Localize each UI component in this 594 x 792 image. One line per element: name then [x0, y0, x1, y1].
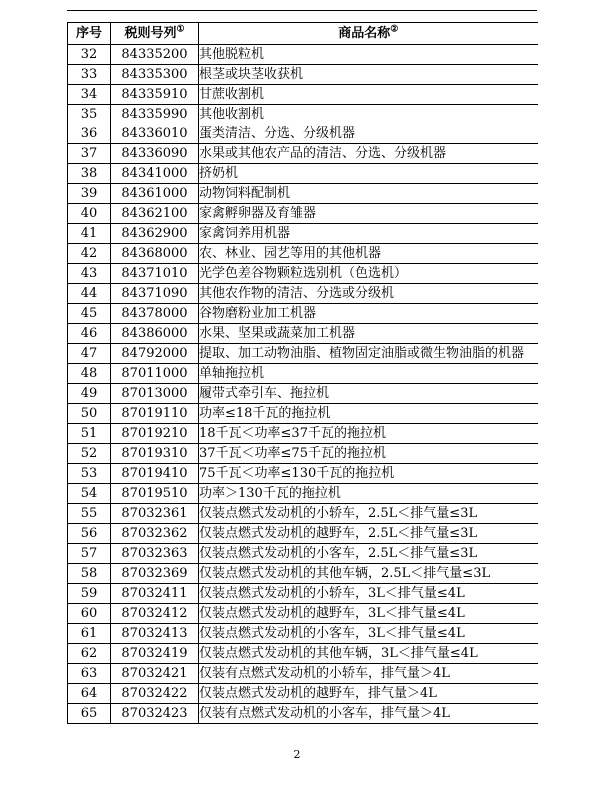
tariff-code-cell: 87032369 [111, 564, 199, 584]
tariff-code-cell: 87032422 [111, 684, 199, 704]
product-name-cell: 根茎或块茎收获机 [199, 65, 538, 85]
table-row: 6387032421仅装有点燃式发动机的小轿车，排气量＞4L [68, 664, 538, 684]
product-name-cell: 功率＞130千瓦的拖拉机 [199, 484, 538, 504]
product-name-cell: 其他农作物的清洁、分选或分级机 [199, 284, 538, 304]
product-name-cell: 其他脱粒机 [199, 45, 538, 65]
tariff-code-cell: 87019210 [111, 424, 199, 444]
tariff-code-cell: 87032363 [111, 544, 199, 564]
product-name-cell: 其他收割机 [199, 105, 538, 125]
tariff-code-cell: 87032361 [111, 504, 199, 524]
product-name-cell: 仅装点燃式发动机的小轿车，2.5L＜排气量≤3L [199, 504, 538, 524]
table-row: 3384335300根茎或块茎收获机 [68, 65, 538, 85]
table-row: 4584378000谷物磨粉业加工机器 [68, 304, 538, 324]
table-row: 3284335200其他脱粒机 [68, 45, 538, 65]
tariff-code-cell: 84336010 [111, 124, 199, 144]
table-row: 4384371010光学色差谷物颗粒选别机（色选机） [68, 264, 538, 284]
seq-cell: 39 [68, 184, 111, 204]
table-row: 3984361000动物饲料配制机 [68, 184, 538, 204]
product-name-cell: 仅装点燃式发动机的小客车，2.5L＜排气量≤3L [199, 544, 538, 564]
seq-cell: 61 [68, 624, 111, 644]
table-row: 5887032369仅装点燃式发动机的其他车辆，2.5L＜排气量≤3L [68, 564, 538, 584]
seq-cell: 37 [68, 144, 111, 164]
tariff-table-container: 序号 税则号列① 商品名称② 3284335200其他脱粒机3384335300… [67, 22, 538, 724]
table-row: 6187032413仅装点燃式发动机的小客车，3L＜排气量≤4L [68, 624, 538, 644]
tariff-code-cell: 84371090 [111, 284, 199, 304]
tariff-code-cell: 84335910 [111, 85, 199, 105]
tariff-code-cell: 84335990 [111, 105, 199, 125]
table-row: 6487032422仅装点燃式发动机的越野车，排气量＞4L [68, 684, 538, 704]
table-row: 4084362100家禽孵卵器及育雏器 [68, 204, 538, 224]
table-header-row: 序号 税则号列① 商品名称② [68, 23, 538, 45]
tariff-code-cell: 87019110 [111, 404, 199, 424]
seq-cell: 53 [68, 464, 111, 484]
product-name-cell: 仅装点燃式发动机的越野车，2.5L＜排气量≤3L [199, 524, 538, 544]
tariff-code-cell: 84335200 [111, 45, 199, 65]
table-row: 518701921018千瓦＜功率≤37千瓦的拖拉机 [68, 424, 538, 444]
seq-cell: 45 [68, 304, 111, 324]
table-row: 6087032412仅装点燃式发动机的越野车，3L＜排气量≤4L [68, 604, 538, 624]
product-name-cell: 仅装有点燃式发动机的小客车，排气量＞4L [199, 704, 538, 724]
seq-cell: 35 [68, 105, 111, 125]
seq-cell: 48 [68, 364, 111, 384]
tariff-code-cell: 84386000 [111, 324, 199, 344]
product-name-cell: 光学色差谷物颗粒选别机（色选机） [199, 264, 538, 284]
seq-cell: 64 [68, 684, 111, 704]
seq-cell: 47 [68, 344, 111, 364]
tariff-code-cell: 84335300 [111, 65, 199, 85]
product-name-cell: 农、林业、园艺等用的其他机器 [199, 244, 538, 264]
table-row: 5487019510功率＞130千瓦的拖拉机 [68, 484, 538, 504]
page-number: 2 [0, 748, 594, 761]
column-header-seq-label: 序号 [76, 26, 102, 41]
column-header-seq: 序号 [68, 23, 111, 45]
tariff-code-cell: 87032412 [111, 604, 199, 624]
table-continuation-border [67, 10, 537, 11]
product-name-cell: 提取、加工动物油脂、植物固定油脂或微生物油脂的机器 [199, 344, 538, 364]
product-name-cell: 仅装点燃式发动机的其他车辆，2.5L＜排气量≤3L [199, 564, 538, 584]
seq-cell: 49 [68, 384, 111, 404]
footnote-marker-1: ① [176, 25, 184, 35]
seq-cell: 33 [68, 65, 111, 85]
product-name-cell: 水果或其他农产品的清洁、分选、分级机器 [199, 144, 538, 164]
table-row: 3684336010蛋类清洁、分选、分级机器 [68, 124, 538, 144]
product-name-cell: 动物饲料配制机 [199, 184, 538, 204]
product-name-cell: 挤奶机 [199, 164, 538, 184]
tariff-code-cell: 84371010 [111, 264, 199, 284]
seq-cell: 34 [68, 85, 111, 105]
tariff-code-cell: 84362100 [111, 204, 199, 224]
table-row: 5787032363仅装点燃式发动机的小客车，2.5L＜排气量≤3L [68, 544, 538, 564]
seq-cell: 63 [68, 664, 111, 684]
product-name-cell: 18千瓦＜功率≤37千瓦的拖拉机 [199, 424, 538, 444]
seq-cell: 43 [68, 264, 111, 284]
seq-cell: 54 [68, 484, 111, 504]
table-row: 4684386000水果、坚果或蔬菜加工机器 [68, 324, 538, 344]
table-row: 5687032362仅装点燃式发动机的越野车，2.5L＜排气量≤3L [68, 524, 538, 544]
product-name-cell: 谷物磨粉业加工机器 [199, 304, 538, 324]
table-row: 6587032423仅装有点燃式发动机的小客车，排气量＞4L [68, 704, 538, 724]
seq-cell: 32 [68, 45, 111, 65]
column-header-product-name: 商品名称② [199, 23, 538, 45]
seq-cell: 58 [68, 564, 111, 584]
tariff-code-cell: 87032362 [111, 524, 199, 544]
table-row: 4184362900家禽饲养用机器 [68, 224, 538, 244]
product-name-cell: 仅装点燃式发动机的小客车，3L＜排气量≤4L [199, 624, 538, 644]
product-name-cell: 37千瓦＜功率≤75千瓦的拖拉机 [199, 444, 538, 464]
seq-cell: 41 [68, 224, 111, 244]
seq-cell: 55 [68, 504, 111, 524]
product-name-cell: 家禽孵卵器及育雏器 [199, 204, 538, 224]
product-name-cell: 仅装点燃式发动机的小轿车，3L＜排气量≤4L [199, 584, 538, 604]
table-row: 5087019110功率≤18千瓦的拖拉机 [68, 404, 538, 424]
table-row: 6287032419仅装点燃式发动机的其他车辆，3L＜排气量≤4L [68, 644, 538, 664]
table-row: 3584335990其他收割机 [68, 105, 538, 125]
tariff-code-cell: 84361000 [111, 184, 199, 204]
tariff-code-cell: 84378000 [111, 304, 199, 324]
product-name-cell: 仅装点燃式发动机的其他车辆，3L＜排气量≤4L [199, 644, 538, 664]
table-row: 3884341000挤奶机 [68, 164, 538, 184]
product-name-cell: 家禽饲养用机器 [199, 224, 538, 244]
tariff-code-cell: 87032413 [111, 624, 199, 644]
tariff-code-cell: 87032419 [111, 644, 199, 664]
column-header-tariff-code-label: 税则号列 [124, 26, 176, 41]
product-name-cell: 单轴拖拉机 [199, 364, 538, 384]
column-header-product-name-label: 商品名称 [338, 26, 390, 41]
seq-cell: 38 [68, 164, 111, 184]
table-row: 3484335910甘蔗收割机 [68, 85, 538, 105]
seq-cell: 46 [68, 324, 111, 344]
tariff-code-cell: 87019510 [111, 484, 199, 504]
table-body: 3284335200其他脱粒机3384335300根茎或块茎收获机3484335… [68, 45, 538, 724]
tariff-code-cell: 87011000 [111, 364, 199, 384]
product-name-cell: 仅装有点燃式发动机的小轿车，排气量＞4L [199, 664, 538, 684]
tariff-code-cell: 87032423 [111, 704, 199, 724]
seq-cell: 36 [68, 124, 111, 144]
tariff-code-cell: 84368000 [111, 244, 199, 264]
seq-cell: 60 [68, 604, 111, 624]
seq-cell: 44 [68, 284, 111, 304]
tariff-code-cell: 87032421 [111, 664, 199, 684]
table-row: 528701931037千瓦＜功率≤75千瓦的拖拉机 [68, 444, 538, 464]
seq-cell: 51 [68, 424, 111, 444]
table-row: 538701941075千瓦＜功率≤130千瓦的拖拉机 [68, 464, 538, 484]
table-row: 4784792000提取、加工动物油脂、植物固定油脂或微生物油脂的机器 [68, 344, 538, 364]
tariff-code-cell: 84336090 [111, 144, 199, 164]
table-row: 5987032411仅装点燃式发动机的小轿车，3L＜排气量≤4L [68, 584, 538, 604]
seq-cell: 57 [68, 544, 111, 564]
tariff-table: 序号 税则号列① 商品名称② 3284335200其他脱粒机3384335300… [67, 22, 538, 724]
product-name-cell: 甘蔗收割机 [199, 85, 538, 105]
product-name-cell: 仅装点燃式发动机的越野车，3L＜排气量≤4L [199, 604, 538, 624]
table-row: 4887011000单轴拖拉机 [68, 364, 538, 384]
product-name-cell: 蛋类清洁、分选、分级机器 [199, 124, 538, 144]
column-header-tariff-code: 税则号列① [111, 23, 199, 45]
product-name-cell: 仅装点燃式发动机的越野车，排气量＞4L [199, 684, 538, 704]
table-row: 4284368000农、林业、园艺等用的其他机器 [68, 244, 538, 264]
footnote-marker-2: ② [390, 25, 398, 35]
product-name-cell: 75千瓦＜功率≤130千瓦的拖拉机 [199, 464, 538, 484]
seq-cell: 52 [68, 444, 111, 464]
table-row: 4987013000履带式牵引车、拖拉机 [68, 384, 538, 404]
tariff-code-cell: 84792000 [111, 344, 199, 364]
product-name-cell: 水果、坚果或蔬菜加工机器 [199, 324, 538, 344]
tariff-code-cell: 87032411 [111, 584, 199, 604]
tariff-code-cell: 84341000 [111, 164, 199, 184]
product-name-cell: 功率≤18千瓦的拖拉机 [199, 404, 538, 424]
seq-cell: 62 [68, 644, 111, 664]
table-row: 5587032361仅装点燃式发动机的小轿车，2.5L＜排气量≤3L [68, 504, 538, 524]
tariff-code-cell: 87019310 [111, 444, 199, 464]
table-row: 4484371090其他农作物的清洁、分选或分级机 [68, 284, 538, 304]
seq-cell: 40 [68, 204, 111, 224]
seq-cell: 56 [68, 524, 111, 544]
document-page: 序号 税则号列① 商品名称② 3284335200其他脱粒机3384335300… [0, 0, 594, 792]
tariff-code-cell: 87019410 [111, 464, 199, 484]
table-row: 3784336090水果或其他农产品的清洁、分选、分级机器 [68, 144, 538, 164]
seq-cell: 65 [68, 704, 111, 724]
seq-cell: 50 [68, 404, 111, 424]
product-name-cell: 履带式牵引车、拖拉机 [199, 384, 538, 404]
seq-cell: 42 [68, 244, 111, 264]
tariff-code-cell: 84362900 [111, 224, 199, 244]
seq-cell: 59 [68, 584, 111, 604]
tariff-code-cell: 87013000 [111, 384, 199, 404]
